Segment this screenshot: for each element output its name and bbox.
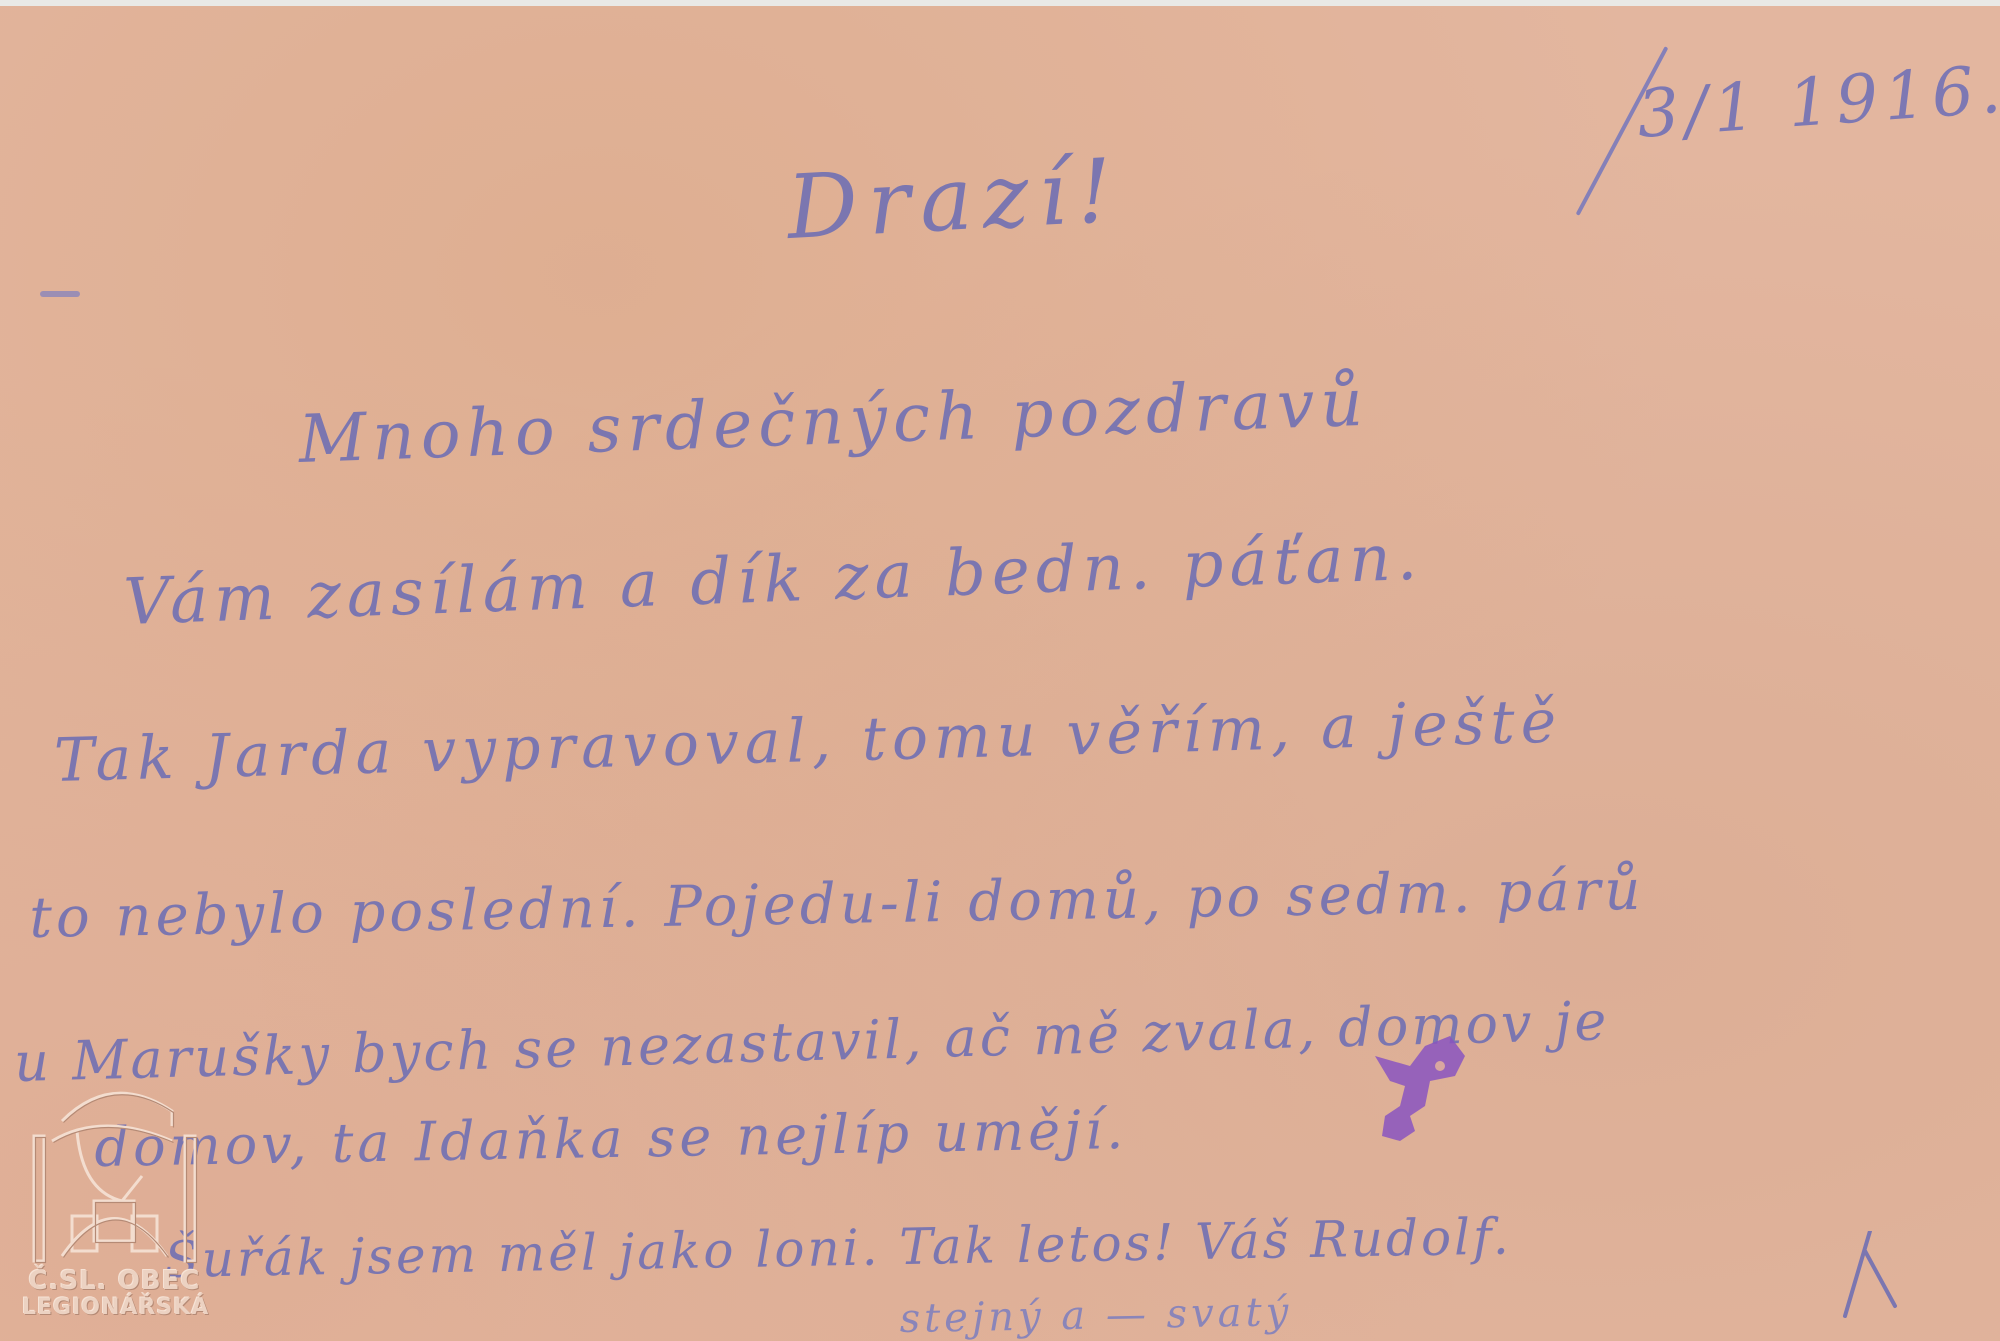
text-line-7: Šuřák jsem měl jako loni. Tak letos! Váš… xyxy=(164,1207,1512,1289)
date: 3/1 1916. xyxy=(1635,50,2000,153)
text-line-8: stejný a — svatý xyxy=(899,1289,1292,1341)
legion-emblem: Č.SL. OBEC LEGIONÁŘSKÁ xyxy=(22,1081,207,1326)
stray-ink-mark xyxy=(40,291,80,297)
text-line-1: Mnoho srdečných pozdravů xyxy=(297,364,1370,478)
signature-flourish-icon xyxy=(1840,1231,1900,1321)
text-line-2: Vám zasílám a dík za bedn. páťan. xyxy=(122,521,1424,640)
text-line-3: Tak Jarda vypravoval, tomu věřím, a ješt… xyxy=(53,687,1563,796)
emblem-text-line-2: LEGIONÁŘSKÁ xyxy=(22,1295,207,1320)
postcard: 3/1 1916. Drazí! Mnoho srdečných pozdrav… xyxy=(0,6,2000,1341)
text-line-6: domov, ta Idaňka se nejlíp umějí. xyxy=(94,1098,1128,1179)
emblem-text-line-1: Č.SL. OBEC xyxy=(22,1266,207,1296)
ink-blot-icon xyxy=(1370,1036,1500,1146)
text-line-4: to nebylo poslední. Pojedu-li domů, po s… xyxy=(29,858,1645,951)
greeting: Drazí! xyxy=(785,139,1125,259)
soldier-crest-icon xyxy=(22,1081,207,1266)
